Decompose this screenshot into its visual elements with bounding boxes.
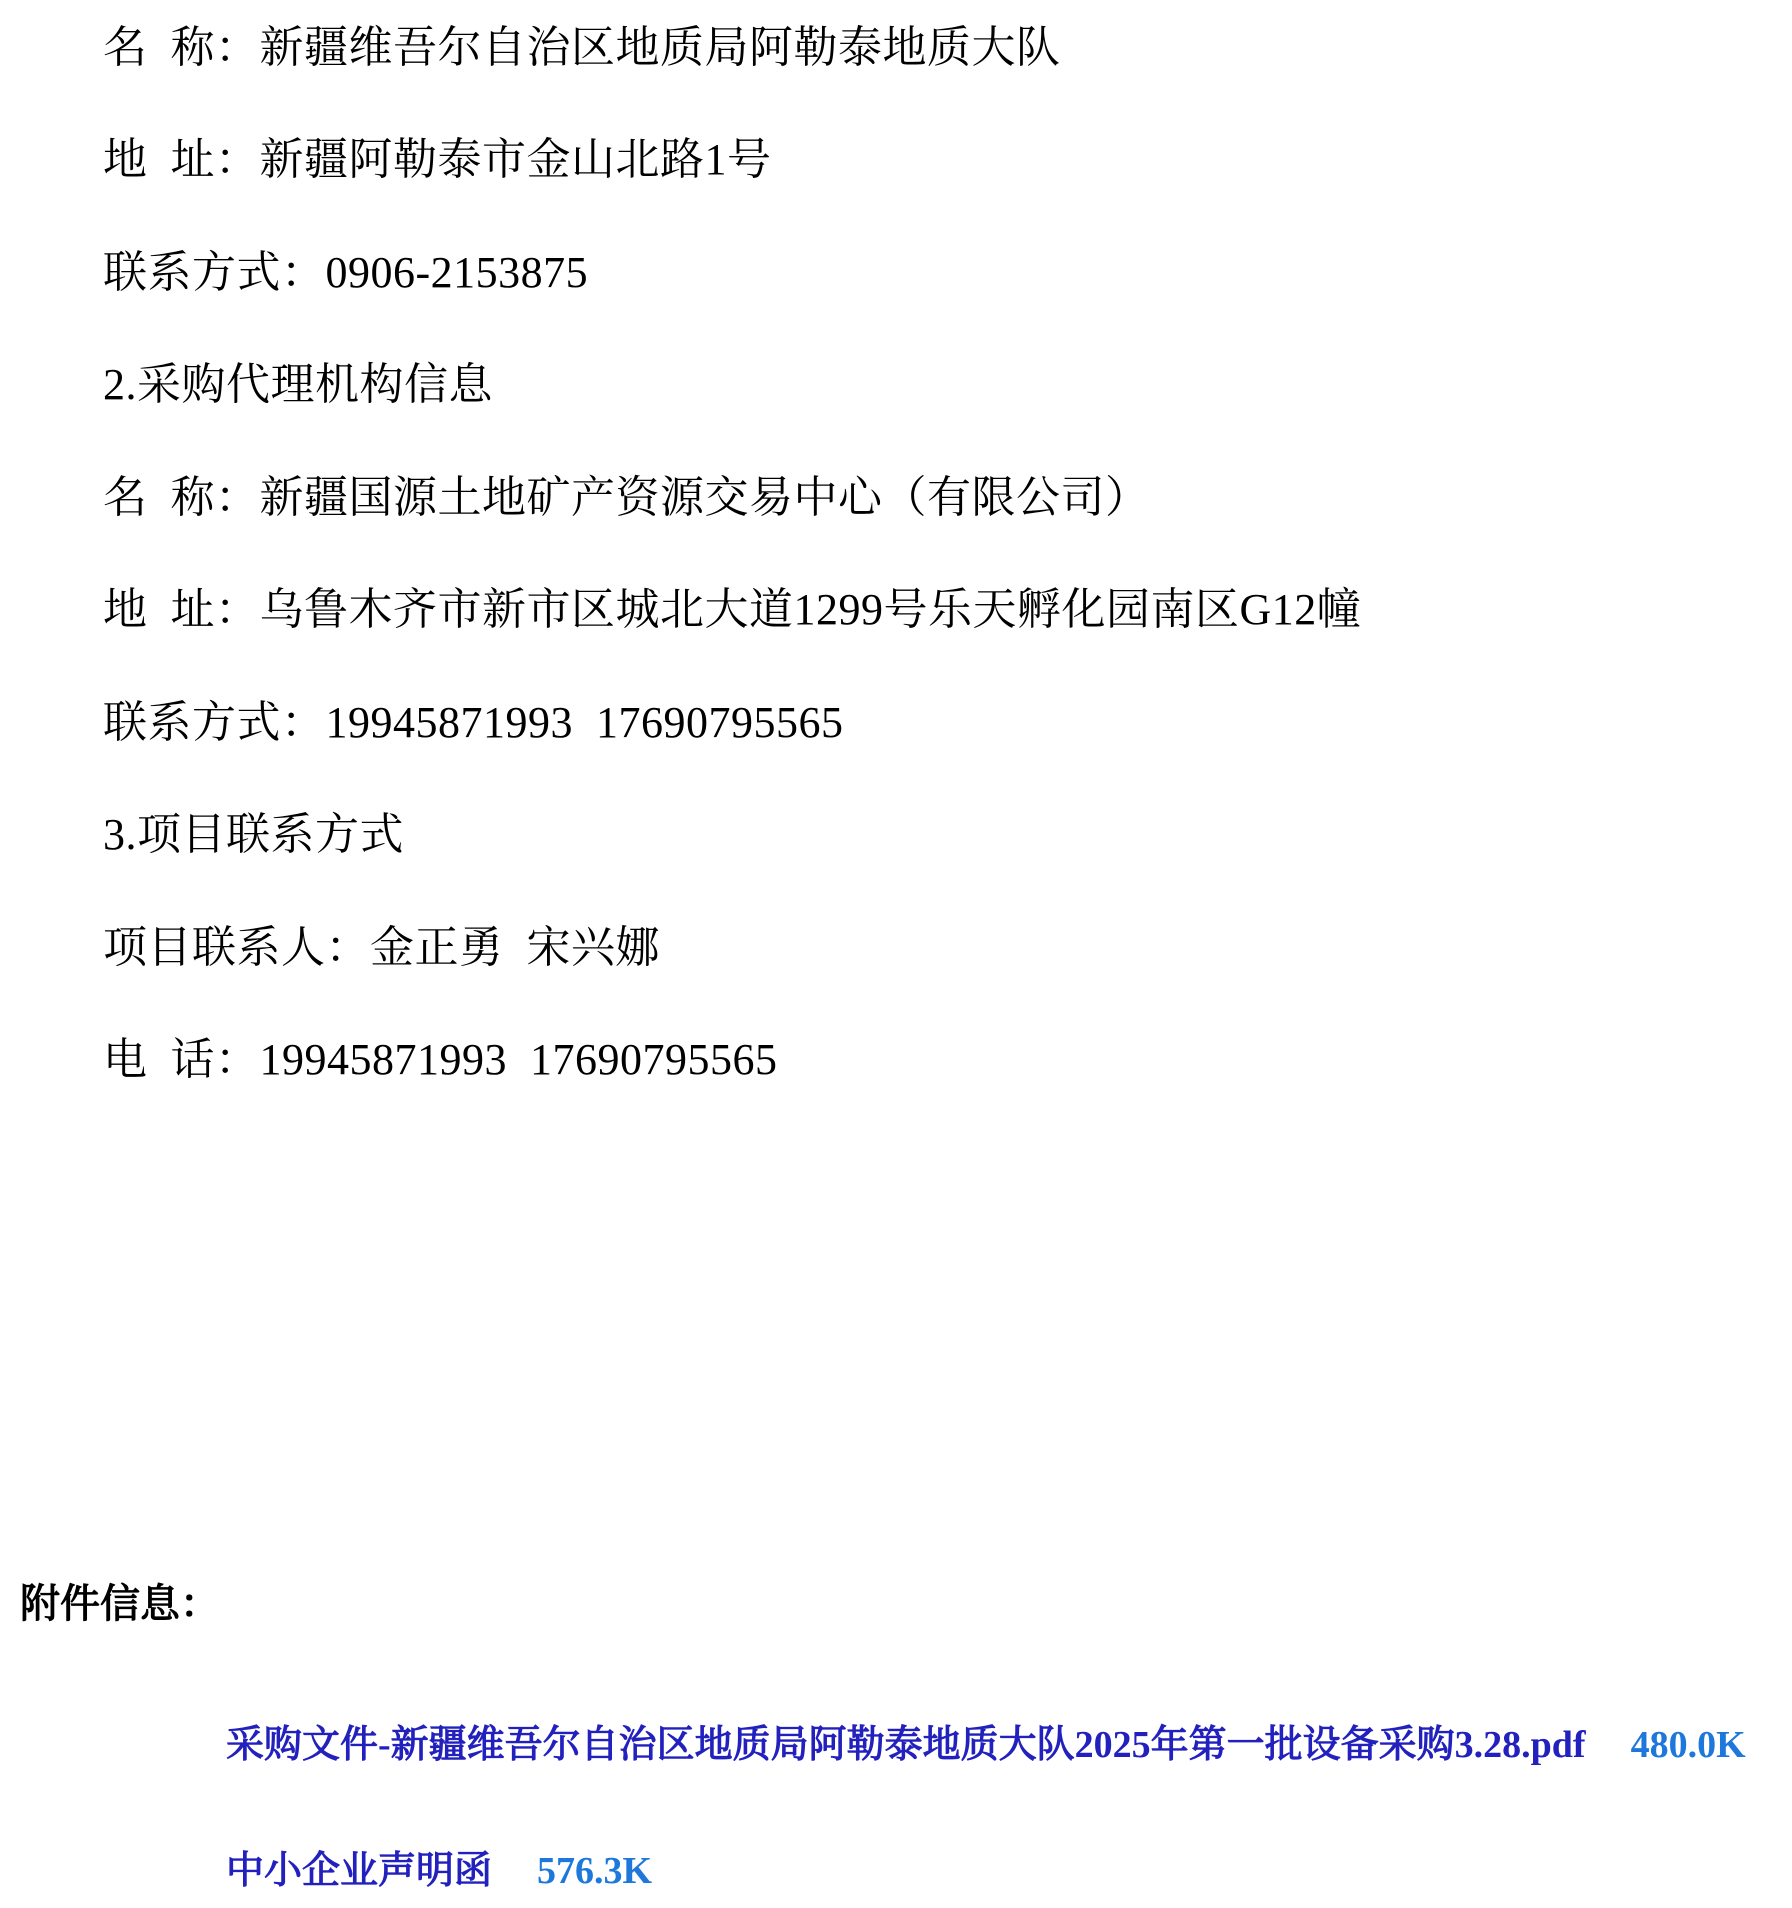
- project-contact-person-line: 项目联系人：金正勇 宋兴娜: [103, 926, 660, 970]
- attachment-link-sme-declaration[interactable]: 中小企业声明函: [226, 1850, 492, 1892]
- purchaser-name-line: 名 称：新疆维吾尔自治区地质局阿勒泰地质大队: [103, 26, 1061, 70]
- attachment-row: 采购文件-新疆维吾尔自治区地质局阿勒泰地质大队2025年第一批设备采购3.28.…: [210, 1710, 1746, 1780]
- attachment-size: 480.0K: [1631, 1724, 1746, 1766]
- agency-address-line: 地 址：乌鲁木齐市新市区城北大道1299号乐天孵化园南区G12幢: [103, 588, 1361, 632]
- project-phone-line: 电 话：19945871993 17690795565: [103, 1038, 778, 1082]
- agency-name-line: 名 称：新疆国源土地矿产资源交易中心（有限公司）: [103, 476, 1150, 520]
- attachments-label: 附件信息：: [20, 1584, 220, 1624]
- purchaser-address-line: 地 址：新疆阿勒泰市金山北路1号: [103, 138, 772, 182]
- section-heading-project: 3.项目联系方式: [103, 813, 404, 857]
- attachment-size: 576.3K: [537, 1850, 652, 1892]
- attachment-link-procurement-pdf[interactable]: 采购文件-新疆维吾尔自治区地质局阿勒泰地质大队2025年第一批设备采购3.28.…: [226, 1724, 1586, 1766]
- announcement-document: 名 称：新疆维吾尔自治区地质局阿勒泰地质大队 地 址：新疆阿勒泰市金山北路1号 …: [0, 0, 1792, 1908]
- attachment-row: 中小企业声明函576.3K: [210, 1836, 652, 1906]
- purchaser-contact-line: 联系方式：0906-2153875: [103, 251, 588, 295]
- section-heading-agency: 2.采购代理机构信息: [103, 363, 493, 407]
- agency-contact-line: 联系方式：19945871993 17690795565: [103, 701, 844, 745]
